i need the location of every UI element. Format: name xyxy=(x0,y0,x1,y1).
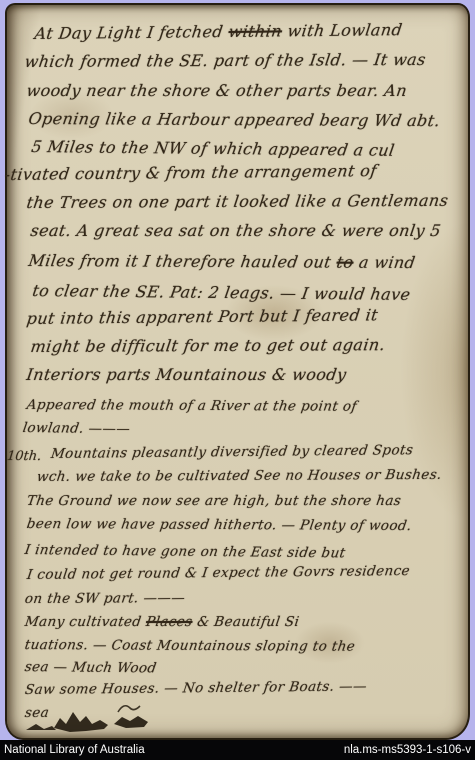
manuscript-line: Mountains pleasantly diversified by clea… xyxy=(50,442,414,462)
manuscript-line: seat. A great sea sat on the shore & wer… xyxy=(29,221,442,240)
manuscript-line: lowland. ——— xyxy=(22,420,132,437)
manuscript-line: I intended to have gone on the East side… xyxy=(24,542,347,561)
manuscript-line: been low we have passed hitherto. — Plen… xyxy=(26,516,413,534)
manuscript-line: 5 Miles to the NW of which appeared a cu… xyxy=(30,137,396,160)
manuscript-line: sea — Much Wood xyxy=(24,659,158,676)
manuscript-line: wch. we take to be cultivated See no Hou… xyxy=(36,467,443,485)
manuscript-line: Interiors parts Mountainous & woody xyxy=(25,365,348,384)
catalog-id-label: nla.ms-ms5393-1-s106-v xyxy=(344,740,471,760)
manuscript-line: might be difficult for me to get out aga… xyxy=(29,335,386,356)
manuscript-line: tuations. — Coast Mountainous sloping to… xyxy=(24,637,357,655)
manuscript-line: -tivated country & from the arrangement … xyxy=(4,161,378,184)
manuscript-line: which formed the SE. part of the Isld. —… xyxy=(23,50,427,71)
margin-date-note: 10th. xyxy=(6,449,42,464)
manuscript-line: the Trees on one part it looked like a G… xyxy=(25,191,449,212)
manuscript-line: The Ground we now see are high, but the … xyxy=(26,493,403,509)
manuscript-line: Many cultivated Places & Beautiful Si xyxy=(24,614,301,630)
manuscript-line: Opening like a Harbour appeared bearg Wd… xyxy=(27,109,441,130)
manuscript-line: Miles from it I therefore hauled out to … xyxy=(27,251,417,272)
manuscript-line: to clear the SE. Pat: 2 leags. — I would… xyxy=(31,281,412,304)
handwritten-text-block: At Day Light I fetched within with Lowla… xyxy=(0,0,475,740)
manuscript-line: I could not get round & I expect the Gov… xyxy=(26,563,411,583)
manuscript-line: put into this apparent Port but I feared… xyxy=(26,305,380,328)
mountain-sketch-drawing xyxy=(26,694,176,736)
footer-bar: National Library of Australia nla.ms-ms5… xyxy=(0,740,475,760)
library-name-label: National Library of Australia xyxy=(4,740,145,760)
manuscript-line: woody near the shore & other parts bear.… xyxy=(25,81,408,100)
manuscript-line: At Day Light I fetched within with Lowla… xyxy=(34,20,404,43)
manuscript-line: on the SW part. ——— xyxy=(24,590,186,607)
manuscript-line: Appeared the mouth of a River at the poi… xyxy=(26,397,358,415)
